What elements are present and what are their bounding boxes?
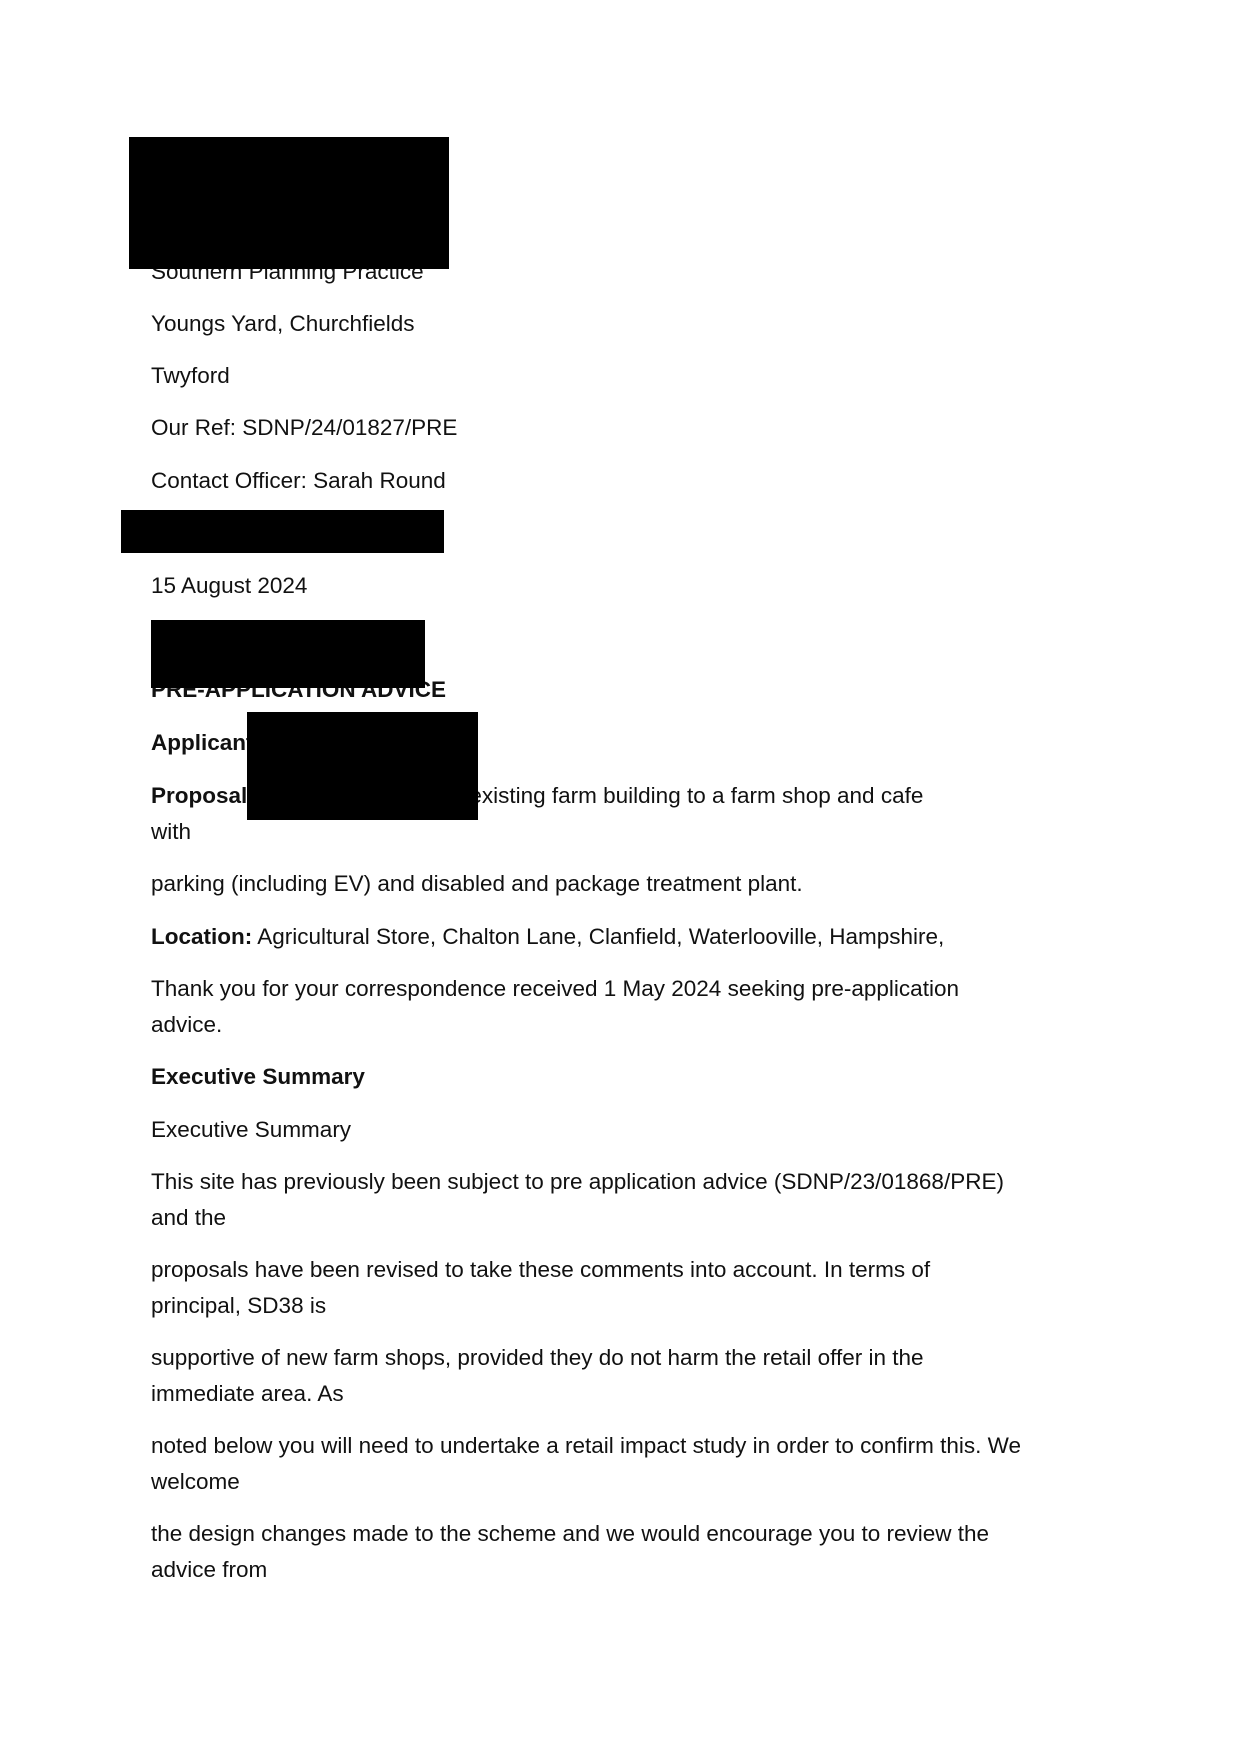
- body-line: This site has previously been subject to…: [151, 1164, 1004, 1200]
- contact-officer: Contact Officer: Sarah Round: [151, 463, 446, 499]
- redaction-block: [247, 712, 478, 820]
- thanks-line-2: advice.: [151, 1007, 222, 1043]
- recipient-address-line-2: Twyford: [151, 358, 230, 394]
- letter-date: 15 August 2024: [151, 568, 307, 604]
- applicant-label: Applicant:: [151, 725, 261, 761]
- location-text: Agricultural Store, Chalton Lane, Clanfi…: [252, 924, 944, 949]
- our-reference: Our Ref: SDNP/24/01827/PRE: [151, 410, 457, 446]
- body-line: noted below you will need to undertake a…: [151, 1428, 1021, 1464]
- body-line: supportive of new farm shops, provided t…: [151, 1340, 924, 1376]
- body-line: welcome: [151, 1464, 240, 1500]
- body-line: the design changes made to the scheme an…: [151, 1516, 989, 1552]
- location-line: Location: Agricultural Store, Chalton La…: [151, 919, 944, 955]
- location-label: Location:: [151, 924, 252, 949]
- thanks-line-1: Thank you for your correspondence receiv…: [151, 971, 959, 1007]
- executive-summary-heading: Executive Summary: [151, 1059, 365, 1095]
- proposal-label: Proposal:: [151, 783, 255, 808]
- body-line: principal, SD38 is: [151, 1288, 326, 1324]
- recipient-address-line-1: Youngs Yard, Churchfields: [151, 306, 415, 342]
- body-line: and the: [151, 1200, 226, 1236]
- proposal-continuation: parking (including EV) and disabled and …: [151, 866, 803, 902]
- body-line: advice from: [151, 1552, 267, 1588]
- executive-summary-repeat: Executive Summary: [151, 1112, 351, 1148]
- redaction-block: [129, 137, 449, 269]
- redaction-block: [121, 510, 444, 553]
- body-line: proposals have been revised to take thes…: [151, 1252, 930, 1288]
- redaction-block: [151, 620, 425, 688]
- proposal-wrap: with: [151, 814, 191, 850]
- body-line: immediate area. As: [151, 1376, 344, 1412]
